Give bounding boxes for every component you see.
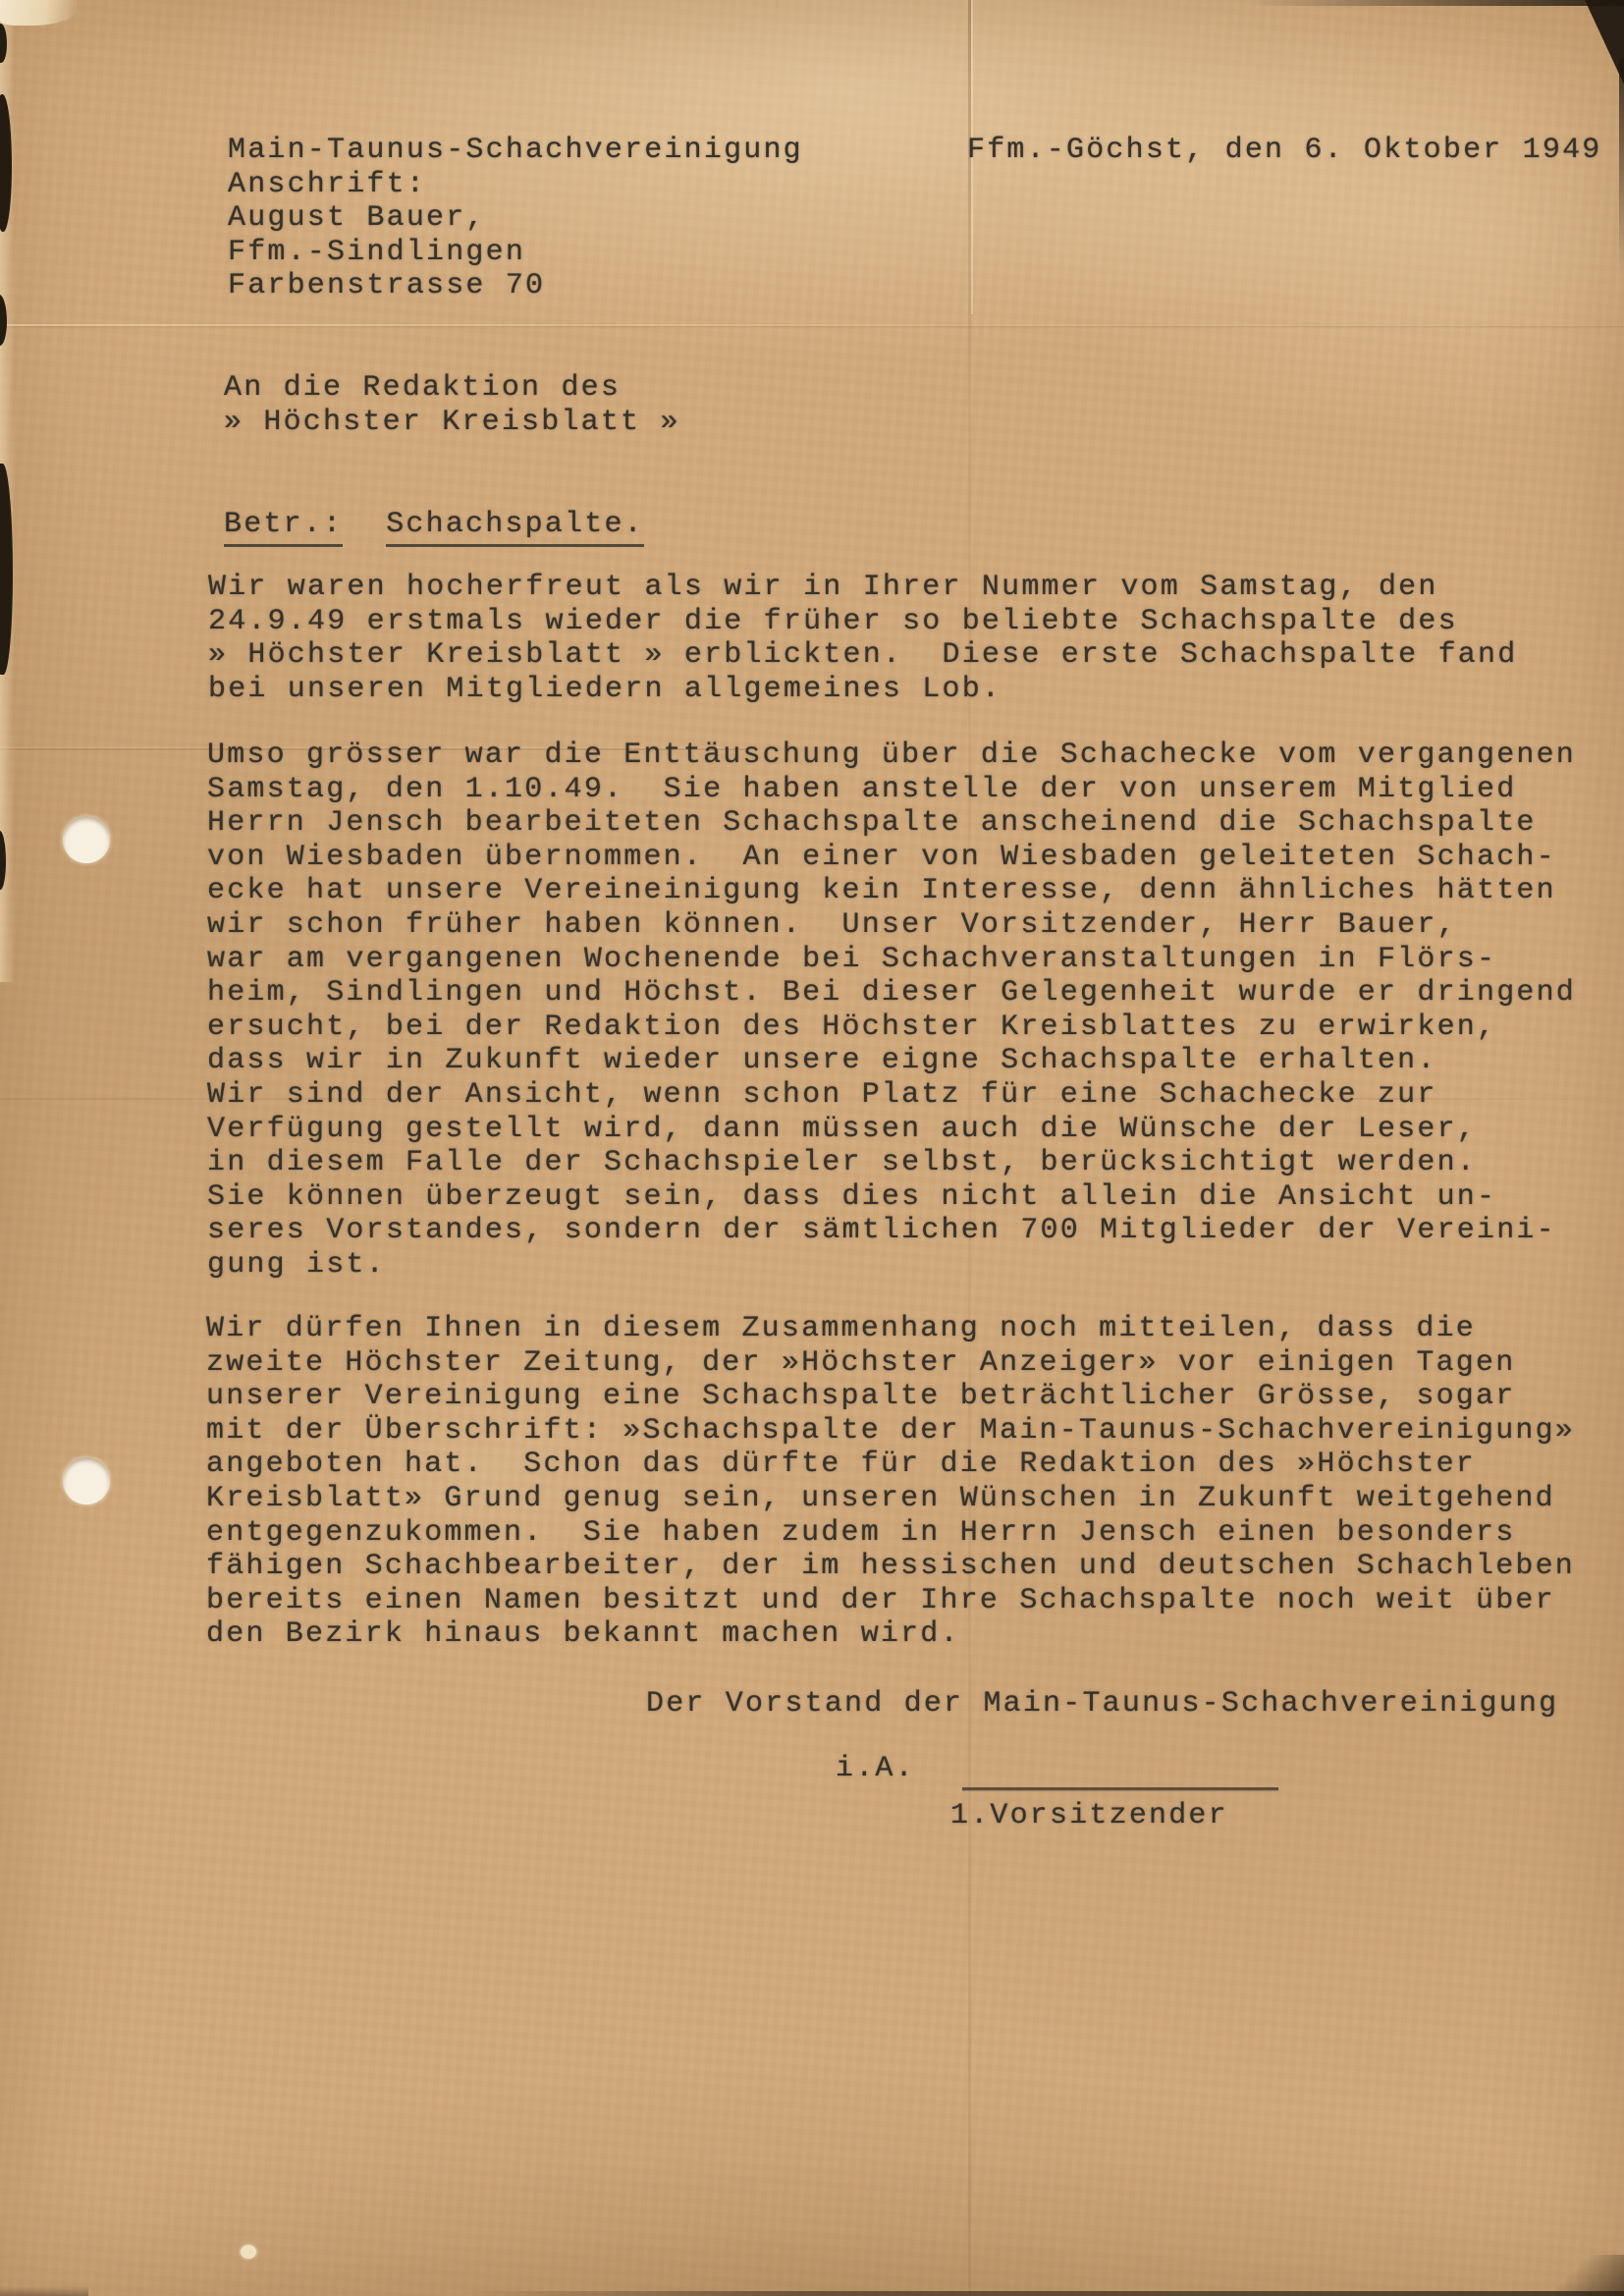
closing-line: Der Vorstand der Main-Taunus-Schachverei…	[646, 1687, 1558, 1722]
bottom-right-dark-corner	[1555, 2255, 1624, 2296]
horizontal-crease-top	[0, 324, 1624, 326]
bottom-left-shadow	[0, 2286, 88, 2296]
signature-initials: i.A.	[836, 1752, 915, 1786]
paragraph-2: Umso grösser war die Enttäuschung über d…	[207, 738, 1576, 1283]
top-edge-shadow	[1251, 0, 1624, 6]
dateline: Ffm.-Göchst, den 6. Oktober 1949	[967, 134, 1602, 168]
top-right-dark-corner	[1585, 0, 1624, 84]
paragraph-1: Wir waren hocherfreut als wir in Ihrer N…	[208, 571, 1517, 706]
paragraph-3: Wir dürfen Ihnen in diesem Zusammenhang …	[206, 1312, 1575, 1652]
top-left-torn-edge	[0, 0, 77, 26]
punch-hole-top	[63, 816, 110, 863]
signature-title: 1.Vorsitzender	[950, 1799, 1228, 1833]
sender-address-block: Main-Taunus-Schachvereinigung Anschrift:…	[228, 134, 803, 303]
letter-scan: Main-Taunus-Schachvereinigung Anschrift:…	[0, 0, 1624, 2296]
bottom-edge-shadow	[461, 2291, 1624, 2296]
recipient-block: An die Redaktion des » Höchster Kreisbla…	[224, 371, 680, 439]
subject-line: Betr.:Schachspalte.	[224, 508, 644, 547]
subject-label: Betr.:	[224, 508, 343, 547]
signature-rule	[962, 1787, 1278, 1790]
right-edge-shadow	[1619, 59, 1624, 275]
punch-hole-bottom	[63, 1457, 110, 1504]
subject-value: Schachspalte.	[386, 508, 644, 547]
paper-speck	[241, 2245, 256, 2259]
